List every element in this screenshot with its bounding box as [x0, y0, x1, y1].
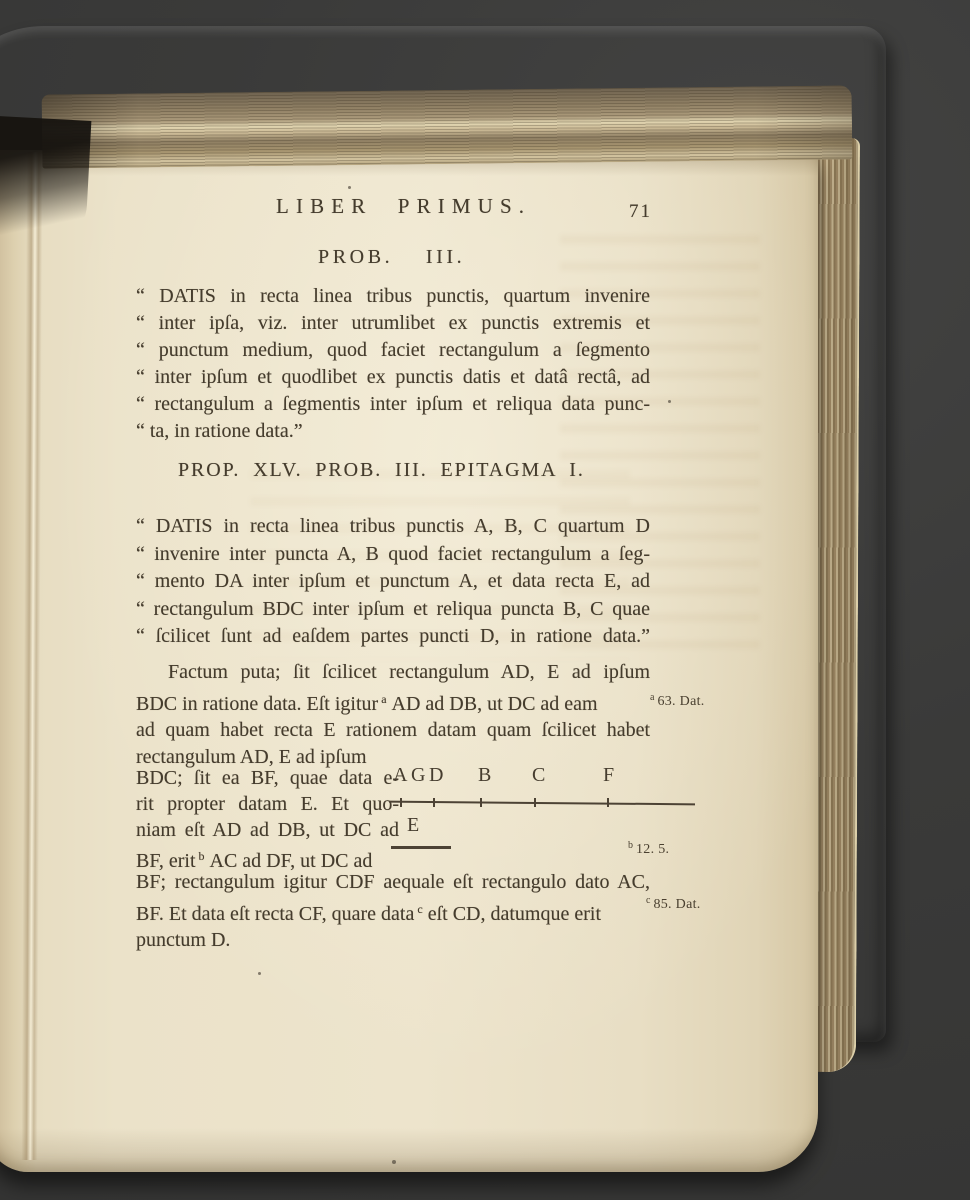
- body-line: BF; rectangulum igitur CDF aequale eſt r…: [136, 869, 650, 896]
- book-photo: LIBER PRIMUS. 71 PROB. III. “ DATIS in r…: [0, 0, 970, 1200]
- quote-line: “ DATIS in recta linea tribus punctis A,…: [136, 513, 650, 541]
- body-line: niam eſt AD ad DB, ut DC ad: [136, 817, 399, 843]
- diagram-point-label-c: C: [532, 764, 545, 787]
- diagram-point-label-d: D: [429, 764, 443, 787]
- diagram-point-label-f: F: [603, 764, 614, 787]
- ink-speck: [668, 400, 671, 403]
- body-line: ad quam habet recta E rationem datam qua…: [136, 717, 650, 744]
- body-line: rit propter datam E. Et quo-: [136, 791, 399, 817]
- diagram-point-label-a: A: [393, 764, 407, 787]
- quote-line: “ punctum medium, quod faciet rectangulu…: [136, 337, 650, 364]
- quote-line: “ invenire inter puncta A, B quod faciet…: [136, 541, 650, 569]
- quote-line: “ inter ipſum et quodlibet ex punctis da…: [136, 364, 650, 391]
- quote-line: “ inter ipſa, viz. inter utrumlibet ex p…: [136, 310, 650, 337]
- diagram-tick: [433, 798, 435, 807]
- diagram-tick: [607, 798, 609, 807]
- body-paragraph-wrap-column: BDC; ſit ea BF, quae data e- rit propter…: [136, 765, 399, 874]
- geometry-diagram: A G D B C F E: [385, 758, 720, 860]
- diagram-tick: [480, 798, 482, 807]
- margin-note-text: 85. Dat.: [653, 897, 700, 912]
- footnote-marker-b: b: [199, 849, 205, 863]
- page-number: 71: [629, 201, 652, 223]
- footnote-marker-c: c: [417, 902, 422, 916]
- diagram-point-label-e: E: [407, 814, 419, 837]
- diagram-tick: [534, 798, 536, 807]
- body-line: BF. Et data eſt recta CF, quare dataceſt…: [136, 896, 650, 928]
- margin-note-marker: c: [646, 895, 650, 906]
- quote-line: “ rectangulum a ſegmentis inter ipſum et…: [136, 391, 650, 418]
- body-line: BDC; ſit ea BF, quae data e-: [136, 765, 399, 791]
- body-paragraph-lower: BF; rectangulum igitur CDF aequale eſt r…: [136, 869, 650, 954]
- diagram-point-label-g: G: [411, 764, 425, 787]
- footnote-marker-a: a: [381, 692, 386, 706]
- body-line-text: BDC in ratione data. Eſt igitur: [136, 693, 378, 715]
- body-line: Factum puta; ſit ſcilicet rectangulum AD…: [136, 659, 650, 686]
- diagram-point-label-b: B: [478, 764, 491, 787]
- quote-line: “ rectangulum BDC inter ipſum et reliqua…: [136, 596, 650, 624]
- body-line: BDC in ratione data. Eſt igituraAD ad DB…: [136, 686, 650, 718]
- quote-line: “ mento DA inter ipſum et punctum A, et …: [136, 568, 650, 596]
- ink-speck: [348, 186, 351, 189]
- body-line: punctum D.: [136, 927, 650, 954]
- ink-speck: [258, 972, 261, 975]
- diagram-e-line: [391, 846, 451, 849]
- prop-heading: PROP. XLV. PROB. III. EPITAGMA I.: [178, 459, 585, 482]
- margin-note-text: 63. Dat.: [657, 694, 704, 709]
- margin-note-c: c85. Dat.: [646, 895, 701, 913]
- margin-note-a: a63. Dat.: [650, 692, 705, 710]
- quote-paragraph-1: “ DATIS in recta linea tribus punctis, q…: [136, 283, 650, 445]
- quote-line: “ ta, in ratione data.”: [136, 418, 650, 445]
- body-paragraph-upper: Factum puta; ſit ſcilicet rectangulum AD…: [136, 659, 650, 770]
- body-line-text: BF. Et data eſt recta CF, quare data: [136, 903, 414, 925]
- diagram-tick: [400, 798, 402, 807]
- quote-line: “ DATIS in recta linea tribus punctis, q…: [136, 283, 650, 310]
- body-line-text: AD ad DB, ut DC ad eam: [392, 693, 598, 715]
- running-title: LIBER PRIMUS.: [276, 194, 531, 219]
- ink-speck: [392, 1160, 396, 1164]
- prob-heading: PROB. III.: [318, 246, 465, 269]
- top-page-edges: [42, 85, 853, 168]
- quote-paragraph-2: “ DATIS in recta linea tribus punctis A,…: [136, 513, 650, 651]
- margin-note-marker: a: [650, 692, 654, 703]
- body-line-text: eſt CD, datumque erit: [428, 903, 601, 925]
- quote-line: “ ſcilicet ſunt ad eaſdem partes puncti …: [136, 623, 650, 651]
